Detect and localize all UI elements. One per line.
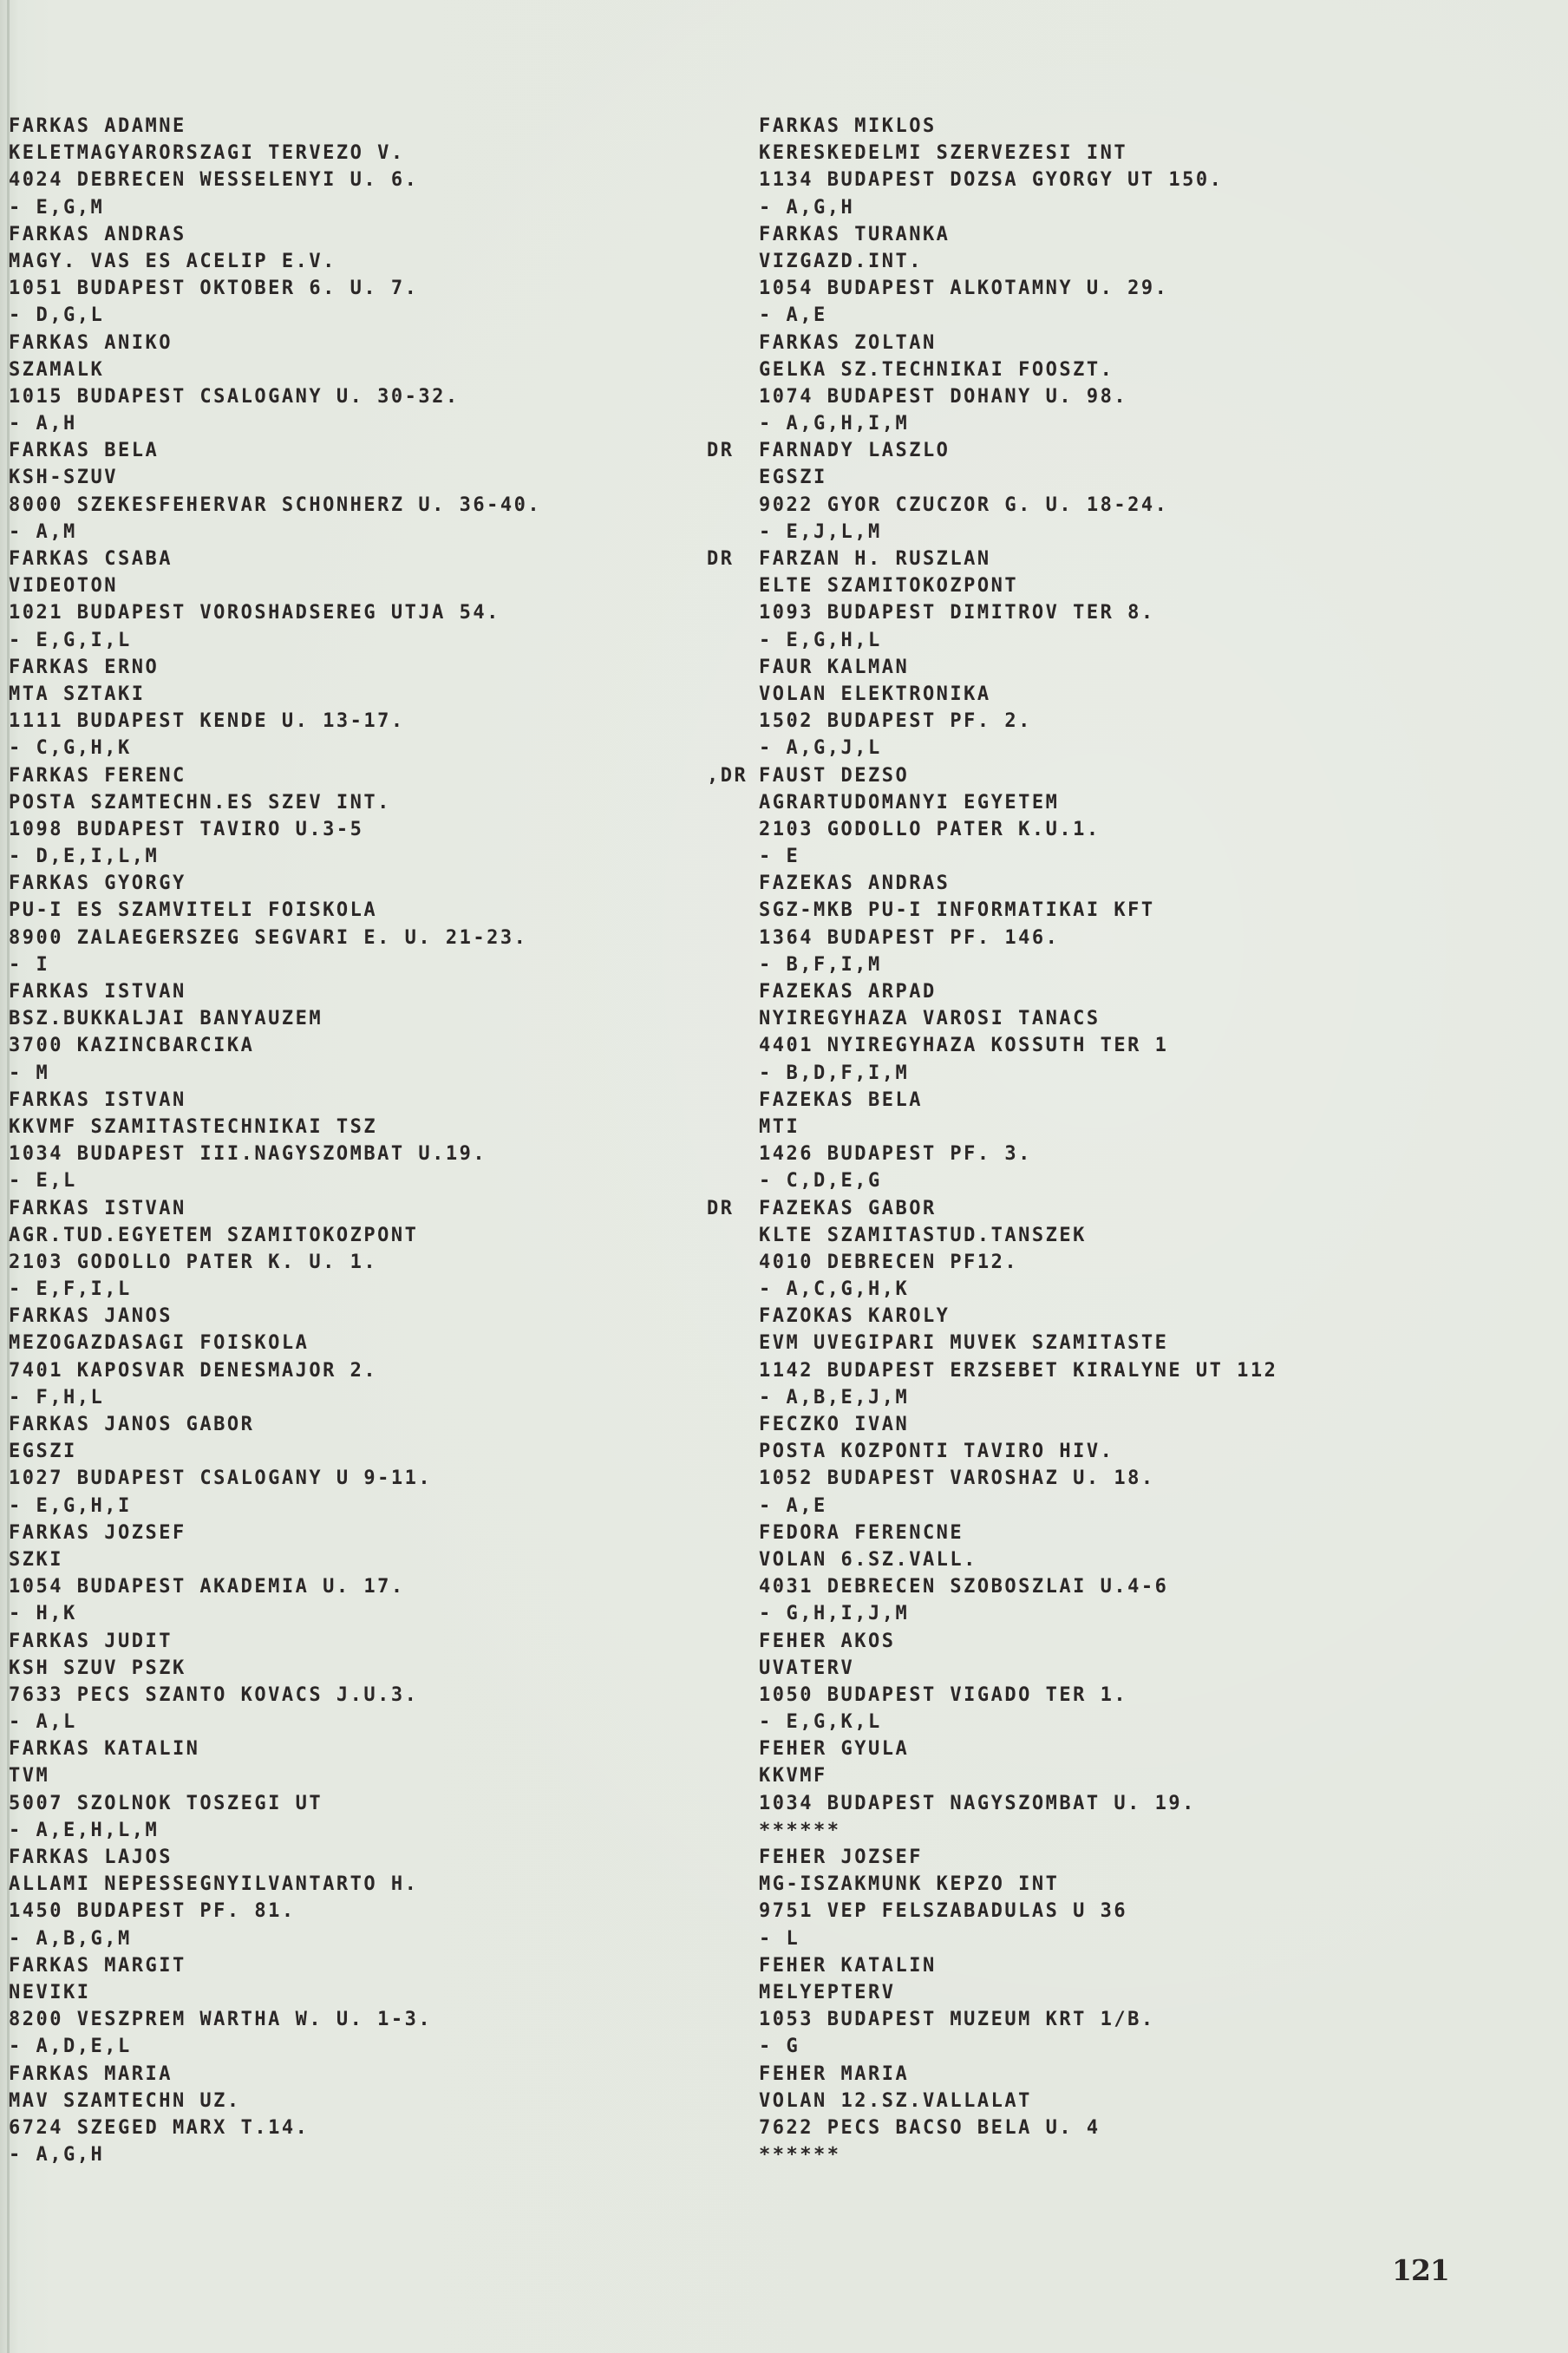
person-name: FECZKO IVAN: [759, 1414, 909, 1435]
entry-name-line: FAZEKAS ARPAD: [707, 978, 1487, 1005]
person-name: FARKAS ANDRAS: [9, 224, 186, 245]
postal-address: 1053 BUDAPEST MUZEUM KRT 1/B.: [707, 2006, 1487, 2033]
interest-codes: - B,F,I,M: [707, 951, 1487, 978]
interest-codes: - C,D,E,G: [707, 1167, 1487, 1194]
interest-codes: - A,M: [9, 519, 685, 546]
person-name: FARKAS ANIKO: [9, 332, 173, 354]
directory-entry: FARKAS FERENCPOSTA SZAMTECHN.ES SZEV INT…: [9, 762, 685, 871]
entry-name-line: FARKAS JANOS: [9, 1303, 685, 1330]
directory-entry: FARKAS GYORGYPU-I ES SZAMVITELI FOISKOLA…: [9, 870, 685, 978]
institution-name: ELTE SZAMITOKOZPONT: [707, 572, 1487, 599]
directory-entry: FARKAS JUDITKSH SZUV PSZK7633 PECS SZANT…: [9, 1628, 685, 1736]
person-name: FAUR KALMAN: [759, 657, 909, 678]
directory-entry: FEHER AKOSUVATERV1050 BUDAPEST VIGADO TE…: [707, 1628, 1487, 1736]
directory-entry: FECZKO IVANPOSTA KOZPONTI TAVIRO HIV.105…: [707, 1411, 1487, 1520]
postal-address: 1051 BUDAPEST OKTOBER 6. U. 7.: [9, 275, 685, 302]
interest-codes: - A,G,J,L: [707, 735, 1487, 761]
directory-entry: FARKAS JANOSMEZOGAZDASAGI FOISKOLA7401 K…: [9, 1303, 685, 1411]
interest-codes: - E,J,L,M: [707, 519, 1487, 546]
person-name: FEHER JOZSEF: [759, 1846, 923, 1868]
postal-address: 1050 BUDAPEST VIGADO TER 1.: [707, 1682, 1487, 1709]
directory-entry: FARKAS MIKLOSKERESKEDELMI SZERVEZESI INT…: [707, 113, 1487, 221]
entry-name-line: FARKAS ADAMNE: [9, 113, 685, 140]
entry-name-line: FARKAS JOZSEF: [9, 1520, 685, 1546]
entry-name-line: FARKAS MARGIT: [9, 1952, 685, 1979]
postal-address: 7633 PECS SZANTO KOVACS J.U.3.: [9, 1682, 685, 1709]
entry-name-line: FARKAS ANDRAS: [9, 221, 685, 248]
interest-codes: - E,G,K,L: [707, 1709, 1487, 1735]
entry-name-line: FARKAS CSABA: [9, 546, 685, 572]
interest-codes: - A,B,G,M: [9, 1925, 685, 1952]
postal-address: 2103 GODOLLO PATER K.U.1.: [707, 816, 1487, 843]
interest-codes: - I: [9, 951, 685, 978]
institution-name: KELETMAGYARORSZAGI TERVEZO V.: [9, 140, 685, 167]
person-name: FAZEKAS ARPAD: [759, 981, 937, 1003]
interest-codes: - C,G,H,K: [9, 735, 685, 761]
institution-name: MELYEPTERV: [707, 1979, 1487, 2006]
person-name: FARKAS MARIA: [9, 2063, 173, 2085]
interest-codes: - G: [707, 2033, 1487, 2060]
institution-name: EGSZI: [9, 1438, 685, 1465]
interest-codes: - E: [707, 843, 1487, 870]
person-name: FARKAS ERNO: [9, 657, 159, 678]
postal-address: 2103 GODOLLO PATER K. U. 1.: [9, 1249, 685, 1276]
institution-name: UVATERV: [707, 1655, 1487, 1682]
directory-entry: FARKAS ANDRASMAGY. VAS ES ACELIP E.V.105…: [9, 221, 685, 330]
directory-entry: FARKAS JOZSEFSZKI1054 BUDAPEST AKADEMIA …: [9, 1520, 685, 1628]
postal-address: 1074 BUDAPEST DOHANY U. 98.: [707, 383, 1487, 410]
directory-page: FARKAS ADAMNEKELETMAGYARORSZAGI TERVEZO …: [0, 0, 1568, 2353]
directory-entry: FEHER KATALINMELYEPTERV1053 BUDAPEST MUZ…: [707, 1952, 1487, 2061]
entry-name-line: DRFAZEKAS GABOR: [707, 1195, 1487, 1222]
entry-name-line: FARKAS ERNO: [9, 654, 685, 681]
institution-name: KSH SZUV PSZK: [9, 1655, 685, 1682]
interest-codes: ******: [707, 1817, 1487, 1844]
entry-name-line: FARKAS FERENC: [9, 762, 685, 789]
person-name: FAZEKAS BELA: [759, 1089, 923, 1111]
interest-codes: - L: [707, 1925, 1487, 1952]
entry-name-line: FARKAS ZOLTAN: [707, 330, 1487, 356]
person-name: FARZAN H. RUSZLAN: [759, 548, 991, 570]
institution-name: POSTA KOZPONTI TAVIRO HIV.: [707, 1438, 1487, 1465]
interest-codes: - D,E,I,L,M: [9, 843, 685, 870]
page-number: 121: [1392, 2253, 1449, 2287]
person-name: FEHER GYULA: [759, 1738, 909, 1760]
directory-entry: FARKAS ANIKOSZAMALK1015 BUDAPEST CSALOGA…: [9, 330, 685, 438]
entry-name-line: FAZEKAS BELA: [707, 1087, 1487, 1114]
institution-name: MAV SZAMTECHN UZ.: [9, 2088, 685, 2114]
directory-entry: FARKAS ISTVANAGR.TUD.EGYETEM SZAMITOKOZP…: [9, 1195, 685, 1304]
directory-entry: FAZEKAS ARPADNYIREGYHAZA VAROSI TANACS44…: [707, 978, 1487, 1087]
directory-entry: DRFARNADY LASZLOEGSZI9022 GYOR CZUCZOR G…: [707, 437, 1487, 546]
institution-name: MTA SZTAKI: [9, 681, 685, 708]
person-name: FEHER KATALIN: [759, 1955, 937, 1977]
left-column: FARKAS ADAMNEKELETMAGYARORSZAGI TERVEZO …: [9, 113, 685, 2168]
institution-name: SGZ-MKB PU-I INFORMATIKAI KFT: [707, 897, 1487, 924]
entry-name-line: FARKAS ISTVAN: [9, 1195, 685, 1222]
person-name: FARKAS MARGIT: [9, 1955, 186, 1977]
interest-codes: - E,G,H,L: [707, 627, 1487, 654]
entry-name-line: FAZOKAS KAROLY: [707, 1303, 1487, 1330]
institution-name: NYIREGYHAZA VAROSI TANACS: [707, 1005, 1487, 1032]
interest-codes: - A,C,G,H,K: [707, 1276, 1487, 1303]
interest-codes: - E,L: [9, 1167, 685, 1194]
person-name: FARKAS FERENC: [9, 765, 186, 787]
title-prefix: DR: [707, 1195, 755, 1222]
postal-address: 1093 BUDAPEST DIMITROV TER 8.: [707, 599, 1487, 626]
directory-entry: FAZEKAS ANDRASSGZ-MKB PU-I INFORMATIKAI …: [707, 870, 1487, 978]
entry-name-line: FARKAS ANIKO: [9, 330, 685, 356]
person-name: FEHER AKOS: [759, 1631, 895, 1652]
entry-name-line: FARKAS MARIA: [9, 2061, 685, 2088]
interest-codes: - B,D,F,I,M: [707, 1060, 1487, 1087]
entry-name-line: FEHER KATALIN: [707, 1952, 1487, 1979]
postal-address: 4010 DEBRECEN PF12.: [707, 1249, 1487, 1276]
directory-entry: FAZOKAS KAROLYEVM UVEGIPARI MUVEK SZAMIT…: [707, 1303, 1487, 1411]
person-name: FEDORA FERENCNE: [759, 1522, 964, 1544]
person-name: FARKAS JOZSEF: [9, 1522, 186, 1544]
directory-entry: FAUR KALMANVOLAN ELEKTRONIKA1502 BUDAPES…: [707, 654, 1487, 762]
institution-name: ALLAMI NEPESSEGNYILVANTARTO H.: [9, 1871, 685, 1898]
institution-name: MG-ISZAKMUNK KEPZO INT: [707, 1871, 1487, 1898]
person-name: FARKAS CSABA: [9, 548, 173, 570]
directory-entry: FARKAS CSABAVIDEOTON1021 BUDAPEST VOROSH…: [9, 546, 685, 654]
interest-codes: - M: [9, 1060, 685, 1087]
postal-address: 4031 DEBRECEN SZOBOSZLAI U.4-6: [707, 1573, 1487, 1600]
postal-address: 5007 SZOLNOK TOSZEGI UT: [9, 1790, 685, 1817]
institution-name: SZAMALK: [9, 356, 685, 383]
postal-address: 8200 VESZPREM WARTHA W. U. 1-3.: [9, 2006, 685, 2033]
entry-name-line: FARKAS ISTVAN: [9, 978, 685, 1005]
interest-codes: - A,G,H: [9, 2141, 685, 2168]
directory-entry: FAZEKAS BELAMTI1426 BUDAPEST PF. 3.- C,D…: [707, 1087, 1487, 1195]
person-name: FARKAS ISTVAN: [9, 1089, 186, 1111]
person-name: FARKAS GYORGY: [9, 873, 186, 894]
entry-name-line: ,DRFAUST DEZSO: [707, 762, 1487, 789]
directory-entry: FARKAS MARGITNEVIKI8200 VESZPREM WARTHA …: [9, 1952, 685, 2061]
entry-name-line: FECZKO IVAN: [707, 1411, 1487, 1438]
entry-name-line: FARKAS TURANKA: [707, 221, 1487, 248]
entry-name-line: FARKAS BELA: [9, 437, 685, 464]
directory-entry: FEHER JOZSEFMG-ISZAKMUNK KEPZO INT9751 V…: [707, 1844, 1487, 1952]
interest-codes: - G,H,I,J,M: [707, 1600, 1487, 1627]
interest-codes: - H,K: [9, 1600, 685, 1627]
postal-address: 6724 SZEGED MARX T.14.: [9, 2114, 685, 2141]
person-name: FARKAS JANOS GABOR: [9, 1414, 254, 1435]
institution-name: VOLAN ELEKTRONIKA: [707, 681, 1487, 708]
postal-address: 1054 BUDAPEST AKADEMIA U. 17.: [9, 1573, 685, 1600]
directory-entry: FARKAS TURANKAVIZGAZD.INT.1054 BUDAPEST …: [707, 221, 1487, 330]
institution-name: VOLAN 6.SZ.VALL.: [707, 1546, 1487, 1573]
interest-codes: - A,G,H,I,M: [707, 410, 1487, 437]
entry-name-line: FEHER MARIA: [707, 2061, 1487, 2088]
institution-name: AGR.TUD.EGYETEM SZAMITOKOZPONT: [9, 1222, 685, 1249]
entry-name-line: FARKAS JUDIT: [9, 1628, 685, 1655]
postal-address: 9751 VEP FELSZABADULAS U 36: [707, 1898, 1487, 1925]
institution-name: VOLAN 12.SZ.VALLALAT: [707, 2088, 1487, 2114]
person-name: FARKAS JUDIT: [9, 1631, 173, 1652]
postal-address: 8000 SZEKESFEHERVAR SCHONHERZ U. 36-40.: [9, 492, 685, 519]
institution-name: KLTE SZAMITASTUD.TANSZEK: [707, 1222, 1487, 1249]
directory-entry: ,DRFAUST DEZSOAGRARTUDOMANYI EGYETEM2103…: [707, 762, 1487, 871]
person-name: FARKAS ZOLTAN: [759, 332, 937, 354]
entry-name-line: FARKAS ISTVAN: [9, 1087, 685, 1114]
entry-name-line: FEHER AKOS: [707, 1628, 1487, 1655]
postal-address: 1021 BUDAPEST VOROSHADSEREG UTJA 54.: [9, 599, 685, 626]
interest-codes: - A,E: [707, 1493, 1487, 1520]
person-name: FARNADY LASZLO: [759, 440, 950, 461]
institution-name: KKVMF SZAMITASTECHNIKAI TSZ: [9, 1114, 685, 1141]
directory-entry: FEDORA FERENCNEVOLAN 6.SZ.VALL.4031 DEBR…: [707, 1520, 1487, 1628]
person-name: FEHER MARIA: [759, 2063, 909, 2085]
directory-entry: FARKAS JANOS GABOREGSZI1027 BUDAPEST CSA…: [9, 1411, 685, 1520]
directory-entry: DRFARZAN H. RUSZLANELTE SZAMITOKOZPONT10…: [707, 546, 1487, 654]
directory-entry: FARKAS ISTVANBSZ.BUKKALJAI BANYAUZEM3700…: [9, 978, 685, 1087]
directory-entry: FARKAS ERNOMTA SZTAKI1111 BUDAPEST KENDE…: [9, 654, 685, 762]
person-name: FARKAS JANOS: [9, 1305, 173, 1327]
entry-name-line: DRFARNADY LASZLO: [707, 437, 1487, 464]
interest-codes: - A,E: [707, 302, 1487, 329]
institution-name: VIDEOTON: [9, 572, 685, 599]
directory-entry: FARKAS BELAKSH-SZUV8000 SZEKESFEHERVAR S…: [9, 437, 685, 546]
interest-codes: - D,G,L: [9, 302, 685, 329]
postal-address: 8900 ZALAEGERSZEG SEGVARI E. U. 21-23.: [9, 925, 685, 951]
postal-address: 4024 DEBRECEN WESSELENYI U. 6.: [9, 167, 685, 193]
institution-name: MAGY. VAS ES ACELIP E.V.: [9, 248, 685, 275]
interest-codes: - A,E,H,L,M: [9, 1817, 685, 1844]
institution-name: EGSZI: [707, 464, 1487, 491]
entry-name-line: FARKAS LAJOS: [9, 1844, 685, 1871]
interest-codes: - E,G,M: [9, 194, 685, 221]
entry-name-line: FEHER GYULA: [707, 1735, 1487, 1762]
postal-address: 4401 NYIREGYHAZA KOSSUTH TER 1: [707, 1032, 1487, 1059]
postal-address: 1111 BUDAPEST KENDE U. 13-17.: [9, 708, 685, 735]
postal-address: 1134 BUDAPEST DOZSA GYORGY UT 150.: [707, 167, 1487, 193]
postal-address: 1052 BUDAPEST VAROSHAZ U. 18.: [707, 1465, 1487, 1492]
institution-name: EVM UVEGIPARI MUVEK SZAMITASTE: [707, 1330, 1487, 1356]
interest-codes: - E,G,H,I: [9, 1493, 685, 1520]
directory-entry: FARKAS ADAMNEKELETMAGYARORSZAGI TERVEZO …: [9, 113, 685, 221]
postal-address: 7622 PECS BACSO BELA U. 4: [707, 2114, 1487, 2141]
directory-entry: FARKAS LAJOSALLAMI NEPESSEGNYILVANTARTO …: [9, 1844, 685, 1952]
person-name: FARKAS BELA: [9, 440, 159, 461]
person-name: FAUST DEZSO: [759, 765, 909, 787]
postal-address: 1426 BUDAPEST PF. 3.: [707, 1141, 1487, 1167]
postal-address: 1142 BUDAPEST ERZSEBET KIRALYNE UT 112: [707, 1357, 1487, 1384]
title-prefix: DR: [707, 546, 755, 572]
postal-address: 7401 KAPOSVAR DENESMAJOR 2.: [9, 1357, 685, 1384]
postal-address: 3700 KAZINCBARCIKA: [9, 1032, 685, 1059]
directory-entry: FARKAS ISTVANKKVMF SZAMITASTECHNIKAI TSZ…: [9, 1087, 685, 1195]
directory-entry: FEHER GYULAKKVMF1034 BUDAPEST NAGYSZOMBA…: [707, 1735, 1487, 1844]
postal-address: 1502 BUDAPEST PF. 2.: [707, 708, 1487, 735]
directory-entry: FEHER MARIAVOLAN 12.SZ.VALLALAT7622 PECS…: [707, 2061, 1487, 2169]
title-prefix: DR: [707, 437, 755, 464]
interest-codes: - A,L: [9, 1709, 685, 1735]
interest-codes: - A,G,H: [707, 194, 1487, 221]
entry-name-line: FEHER JOZSEF: [707, 1844, 1487, 1871]
interest-codes: - E,G,I,L: [9, 627, 685, 654]
postal-address: 1015 BUDAPEST CSALOGANY U. 30-32.: [9, 383, 685, 410]
interest-codes: - F,H,L: [9, 1384, 685, 1411]
postal-address: 1027 BUDAPEST CSALOGANY U 9-11.: [9, 1465, 685, 1492]
institution-name: KSH-SZUV: [9, 464, 685, 491]
interest-codes: - A,H: [9, 410, 685, 437]
entry-name-line: FAUR KALMAN: [707, 654, 1487, 681]
institution-name: TVM: [9, 1762, 685, 1789]
interest-codes: - E,F,I,L: [9, 1276, 685, 1303]
person-name: FAZOKAS KAROLY: [759, 1305, 950, 1327]
interest-codes: - A,D,E,L: [9, 2033, 685, 2060]
person-name: FARKAS KATALIN: [9, 1738, 199, 1760]
person-name: FARKAS TURANKA: [759, 224, 950, 245]
entry-name-line: FARKAS JANOS GABOR: [9, 1411, 685, 1438]
institution-name: PU-I ES SZAMVITELI FOISKOLA: [9, 897, 685, 924]
entry-name-line: FARKAS KATALIN: [9, 1735, 685, 1762]
institution-name: KKVMF: [707, 1762, 1487, 1789]
institution-name: KERESKEDELMI SZERVEZESI INT: [707, 140, 1487, 167]
entry-name-line: DRFARZAN H. RUSZLAN: [707, 546, 1487, 572]
person-name: FAZEKAS GABOR: [759, 1198, 937, 1219]
institution-name: MTI: [707, 1114, 1487, 1141]
entry-name-line: FEDORA FERENCNE: [707, 1520, 1487, 1546]
postal-address: 1098 BUDAPEST TAVIRO U.3-5: [9, 816, 685, 843]
directory-entry: FARKAS ZOLTANGELKA SZ.TECHNIKAI FOOSZT.1…: [707, 330, 1487, 438]
postal-address: 1034 BUDAPEST NAGYSZOMBAT U. 19.: [707, 1790, 1487, 1817]
directory-entry: DRFAZEKAS GABORKLTE SZAMITASTUD.TANSZEK4…: [707, 1195, 1487, 1304]
directory-entry: FARKAS MARIAMAV SZAMTECHN UZ.6724 SZEGED…: [9, 2061, 685, 2169]
institution-name: NEVIKI: [9, 1979, 685, 2006]
title-prefix: ,DR: [707, 762, 755, 789]
institution-name: MEZOGAZDASAGI FOISKOLA: [9, 1330, 685, 1356]
postal-address: 1054 BUDAPEST ALKOTAMNY U. 29.: [707, 275, 1487, 302]
directory-entry: FARKAS KATALINTVM5007 SZOLNOK TOSZEGI UT…: [9, 1735, 685, 1844]
person-name: FARKAS ADAMNE: [9, 115, 186, 137]
person-name: FARKAS ISTVAN: [9, 1198, 186, 1219]
entry-name-line: FAZEKAS ANDRAS: [707, 870, 1487, 897]
institution-name: GELKA SZ.TECHNIKAI FOOSZT.: [707, 356, 1487, 383]
interest-codes: - A,B,E,J,M: [707, 1384, 1487, 1411]
person-name: FAZEKAS ANDRAS: [759, 873, 950, 894]
right-column: FARKAS MIKLOSKERESKEDELMI SZERVEZESI INT…: [707, 113, 1487, 2168]
person-name: FARKAS LAJOS: [9, 1846, 173, 1868]
institution-name: BSZ.BUKKALJAI BANYAUZEM: [9, 1005, 685, 1032]
institution-name: POSTA SZAMTECHN.ES SZEV INT.: [9, 789, 685, 816]
person-name: FARKAS ISTVAN: [9, 981, 186, 1003]
postal-address: 1034 BUDAPEST III.NAGYSZOMBAT U.19.: [9, 1141, 685, 1167]
institution-name: AGRARTUDOMANYI EGYETEM: [707, 789, 1487, 816]
postal-address: 1450 BUDAPEST PF. 81.: [9, 1898, 685, 1925]
entry-name-line: FARKAS GYORGY: [9, 870, 685, 897]
postal-address: 1364 BUDAPEST PF. 146.: [707, 925, 1487, 951]
institution-name: SZKI: [9, 1546, 685, 1573]
person-name: FARKAS MIKLOS: [759, 115, 937, 137]
institution-name: VIZGAZD.INT.: [707, 248, 1487, 275]
postal-address: 9022 GYOR CZUCZOR G. U. 18-24.: [707, 492, 1487, 519]
entry-name-line: FARKAS MIKLOS: [707, 113, 1487, 140]
interest-codes: ******: [707, 2141, 1487, 2168]
